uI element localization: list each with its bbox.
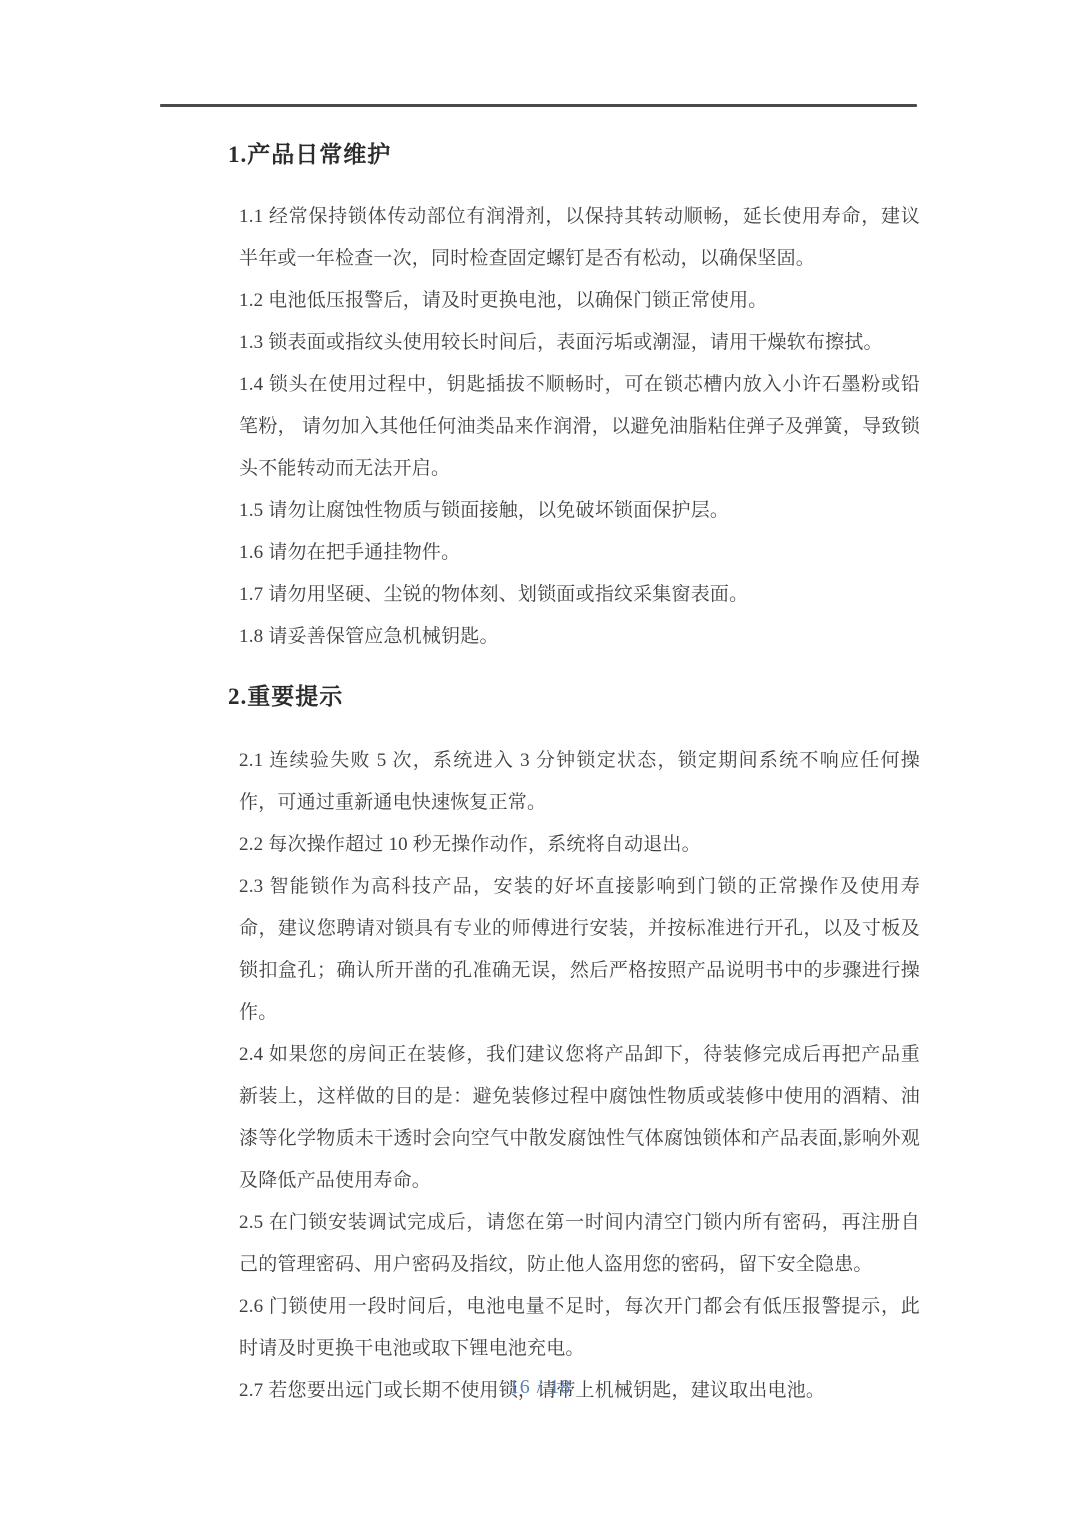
paragraph-1-6: 1.6 请勿在把手通挂物件。 — [239, 532, 920, 574]
paragraph-1-2: 1.2 电池低压报警后，请及时更换电池，以确保门锁正常使用。 — [239, 280, 920, 322]
section-body-daily-maintenance: 1.1 经常保持锁体传动部位有润滑剂，以保持其转动顺畅，延长使用寿命，建议半年或… — [239, 196, 920, 658]
section-daily-maintenance: 1.产品日常维护 1.1 经常保持锁体传动部位有润滑剂，以保持其转动顺畅，延长使… — [228, 140, 920, 658]
header-rule — [160, 104, 917, 107]
paragraph-2-4: 2.4 如果您的房间正在装修，我们建议您将产品卸下，待装修完成后再把产品重新装上… — [239, 1034, 920, 1202]
paragraph-1-1: 1.1 经常保持锁体传动部位有润滑剂，以保持其转动顺畅，延长使用寿命，建议半年或… — [239, 196, 920, 280]
paragraph-1-8: 1.8 请妥善保管应急机械钥匙。 — [239, 616, 920, 658]
document-page: 1.产品日常维护 1.1 经常保持锁体传动部位有润滑剂，以保持其转动顺畅，延长使… — [0, 0, 1080, 1526]
paragraph-2-5: 2.5 在门锁安装调试完成后，请您在第一时间内清空门锁内所有密码，再注册自己的管… — [239, 1202, 920, 1286]
paragraph-1-3: 1.3 锁表面或指纹头使用较长时间后，表面污垢或潮湿，请用干燥软布擦拭。 — [239, 322, 920, 364]
section-body-important-tips: 2.1 连续验失败 5 次，系统进入 3 分钟锁定状态，锁定期间系统不响应任何操… — [239, 740, 920, 1412]
section-heading-important-tips: 2.重要提示 — [228, 682, 920, 712]
section-important-tips: 2.重要提示 2.1 连续验失败 5 次，系统进入 3 分钟锁定状态，锁定期间系… — [228, 682, 920, 1412]
section-heading-daily-maintenance: 1.产品日常维护 — [228, 140, 920, 170]
paragraph-2-2: 2.2 每次操作超过 10 秒无操作动作，系统将自动退出。 — [239, 824, 920, 866]
page-content: 1.产品日常维护 1.1 经常保持锁体传动部位有润滑剂，以保持其转动顺畅，延长使… — [228, 140, 920, 1412]
paragraph-2-6: 2.6 门锁使用一段时间后，电池电量不足时，每次开门都会有低压报警提示，此时请及… — [239, 1286, 920, 1370]
paragraph-2-1: 2.1 连续验失败 5 次，系统进入 3 分钟锁定状态，锁定期间系统不响应任何操… — [239, 740, 920, 824]
paragraph-2-3: 2.3 智能锁作为高科技产品，安装的好坏直接影响到门锁的正常操作及使用寿命，建议… — [239, 866, 920, 1034]
paragraph-1-7: 1.7 请勿用坚硬、尘锐的物体刻、划锁面或指纹采集窗表面。 — [239, 574, 920, 616]
page-number: 16 / 18 — [0, 1376, 1080, 1399]
paragraph-1-5: 1.5 请勿让腐蚀性物质与锁面接触，以免破坏锁面保护层。 — [239, 490, 920, 532]
paragraph-1-4: 1.4 锁头在使用过程中，钥匙插拔不顺畅时，可在锁芯槽内放入小许石墨粉或铅笔粉，… — [239, 364, 920, 490]
